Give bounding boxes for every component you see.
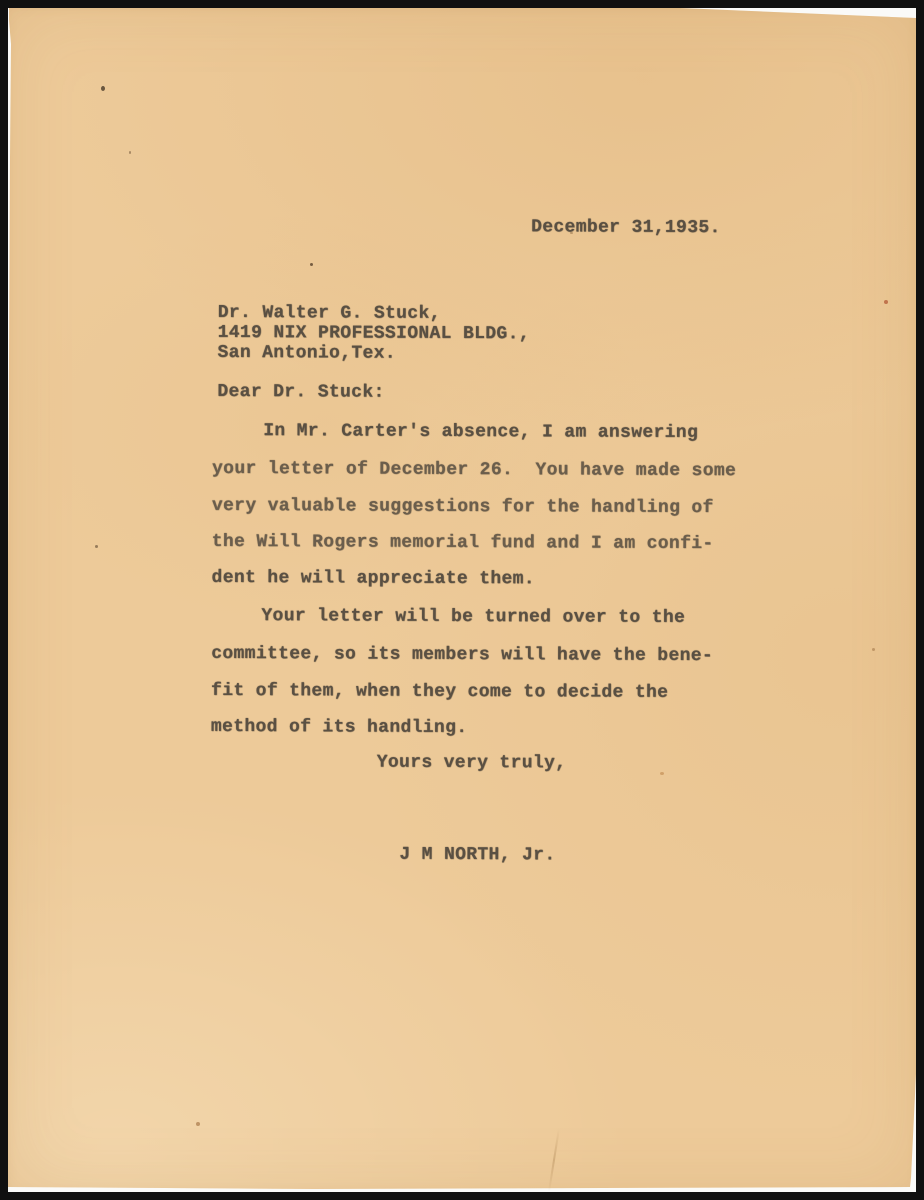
letter-page	[8, 8, 916, 1192]
body-paragraph-2: Your letter will be turned over to the c…	[2, 0, 924, 2]
body-paragraph-1: In Mr. Carter's absence, I am answering …	[2, 0, 924, 2]
recipient-address: Dr. Walter G. Stuck, 1419 NIX PROFESSION…	[2, 0, 924, 2]
scan-frame: December 31,1935. Dr. Walter G. Stuck, 1…	[0, 0, 924, 1200]
